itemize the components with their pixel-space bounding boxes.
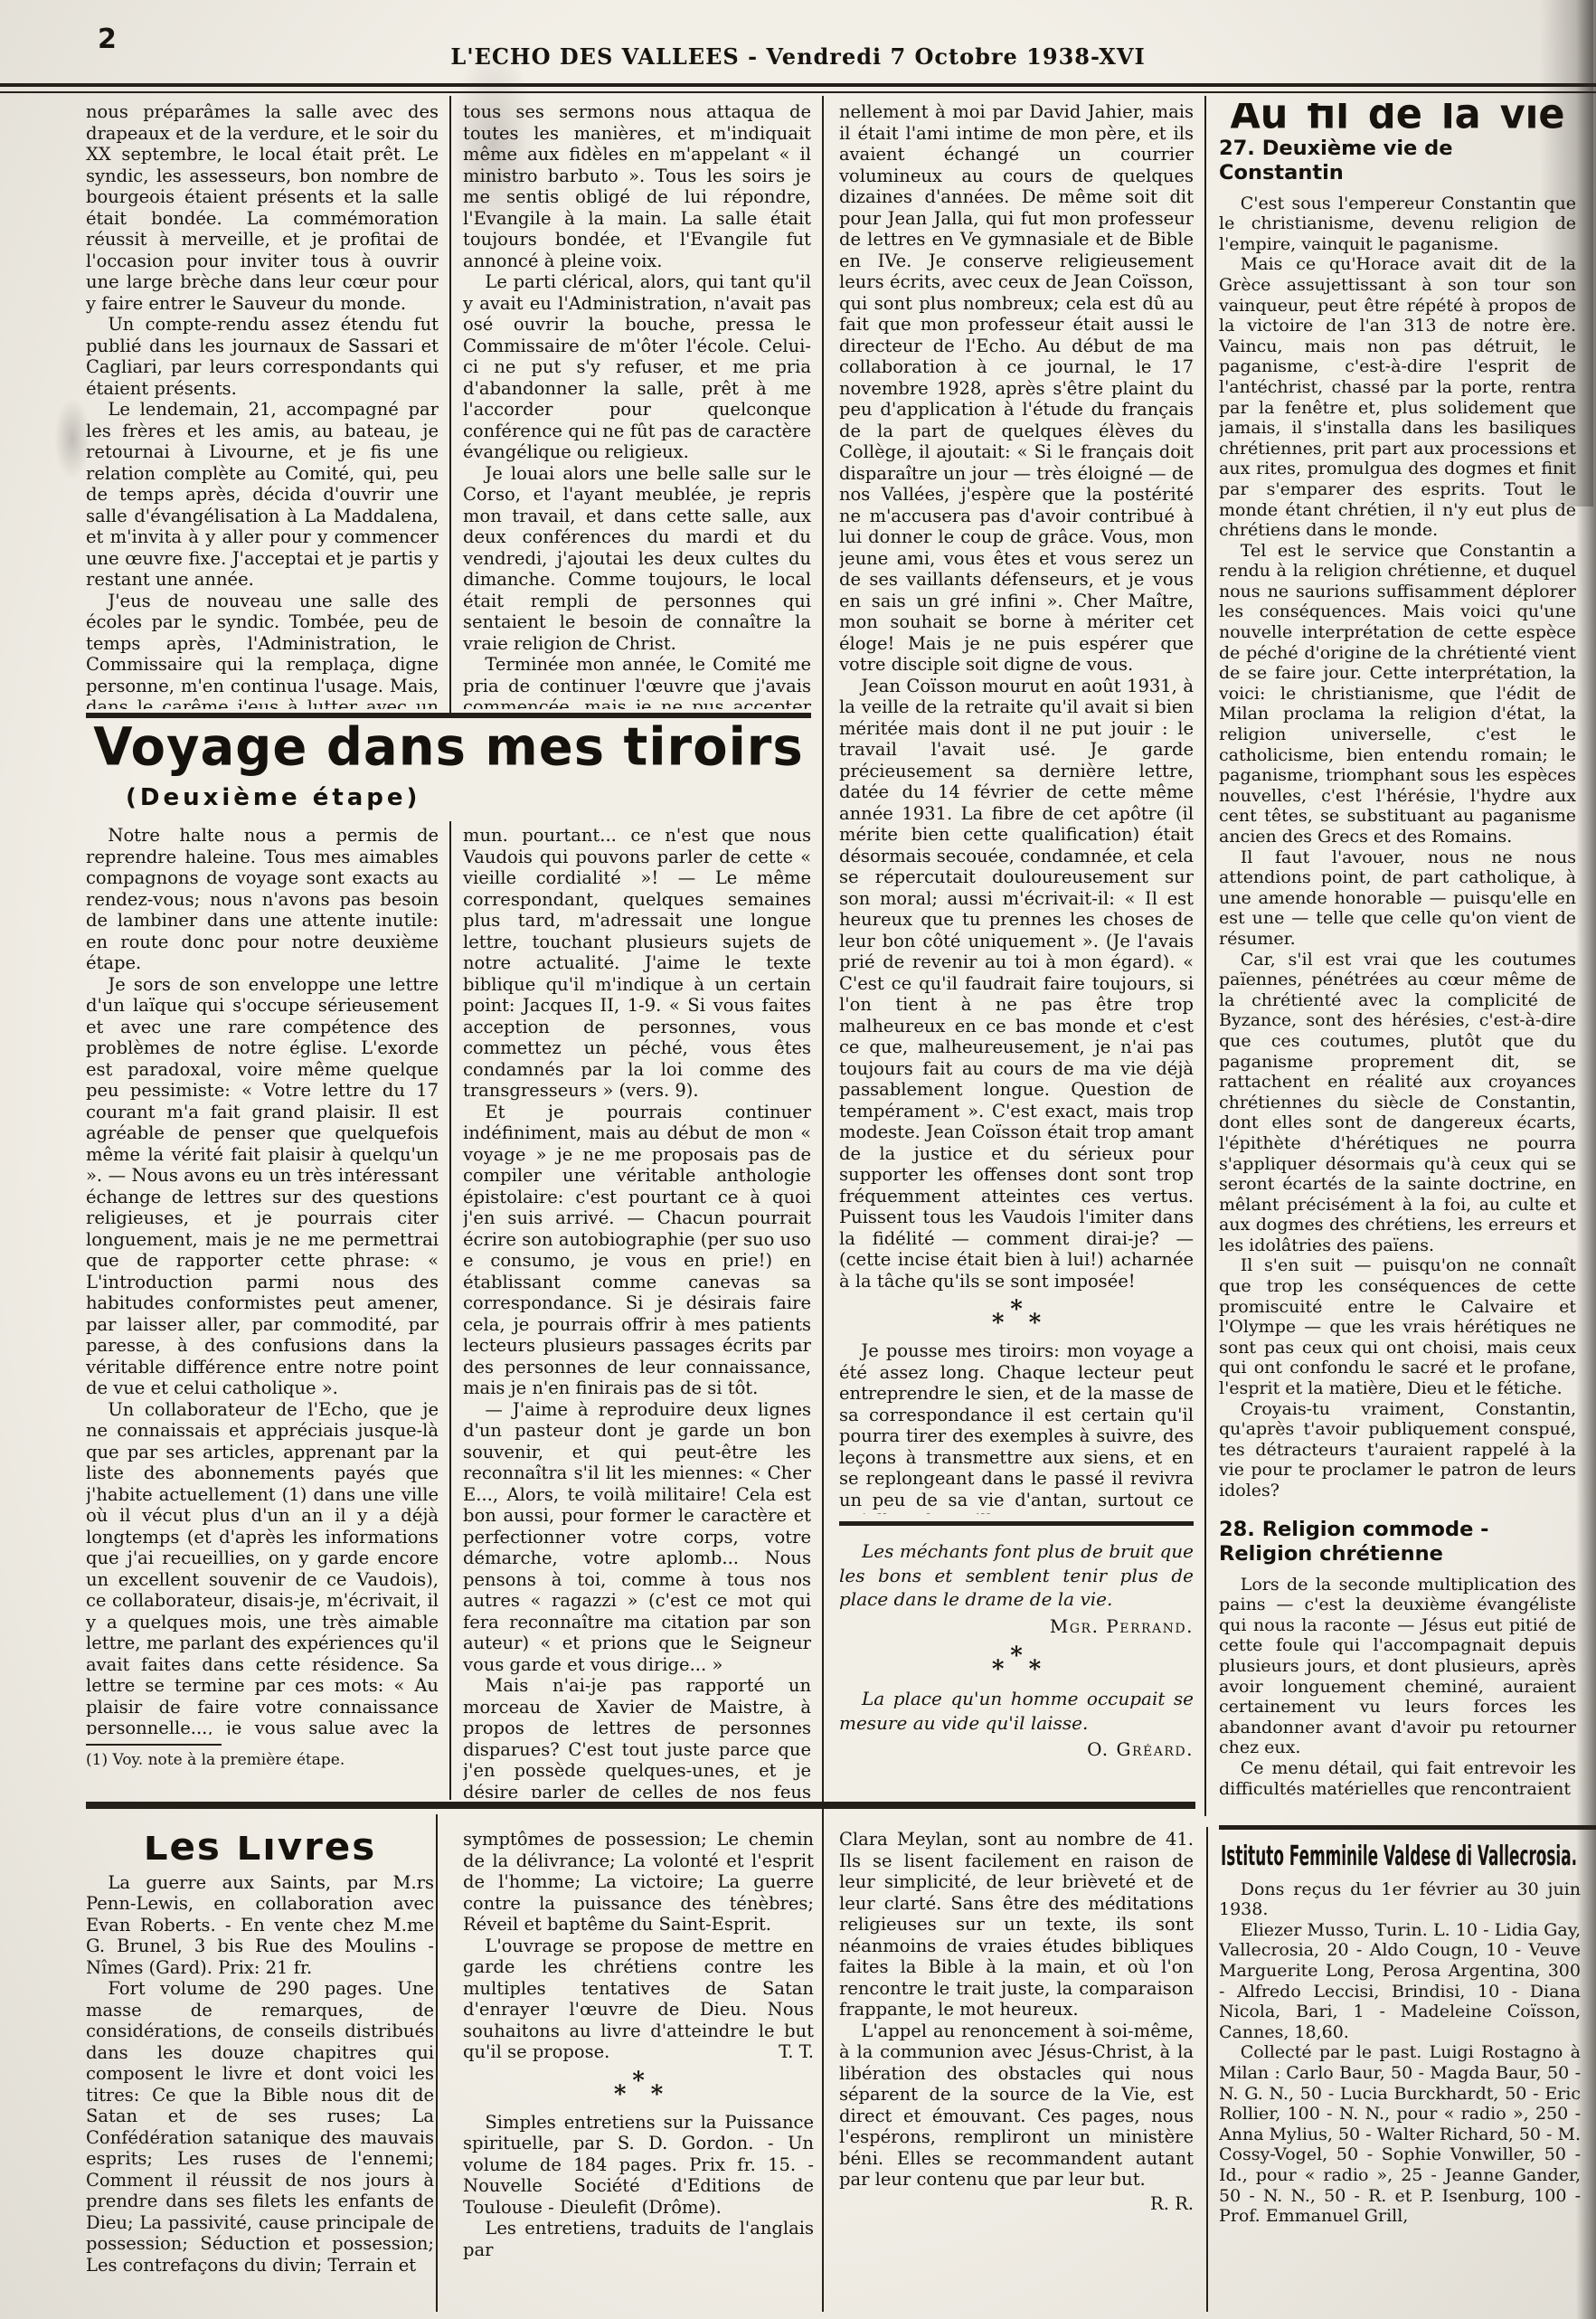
- istituto-title: Istituto Femminile Valdese di Vallecrosi…: [1221, 1841, 1577, 1872]
- review-text: Clara Meylan, sont au nombre de 41. Ils …: [839, 1829, 1194, 2191]
- quote-author: O. Gréard.: [839, 1737, 1194, 1762]
- donation-list: Eliezer Musso, Turin. L. 10 - Lidia Gay,…: [1219, 1920, 1581, 2227]
- les-livres-column-3: Clara Meylan, sont au nombre de 41. Ils …: [839, 1829, 1194, 2312]
- asterism-icon: * * *: [839, 1303, 1194, 1330]
- paragraph: nellement à moi par David Jahier, mais i…: [839, 101, 1194, 676]
- quote-text: La place qu'un homme occupait se mesure …: [839, 1687, 1194, 1735]
- paragraph: La guerre aux Saints, par M.rs Penn-Lewi…: [86, 1872, 434, 1979]
- voyage-column-1: Notre halte nous a permis de reprendre h…: [86, 825, 439, 1735]
- voyage-title: Voyage dans mes tiroirs: [86, 717, 811, 779]
- paragraph: Les entretiens, traduits de l'anglais pa…: [463, 2218, 814, 2260]
- paragraph: Mais n'ai-je pas rapporté un morceau de …: [463, 1675, 811, 1798]
- paragraph: mun. pourtant... ce n'est que nous Vaudo…: [463, 825, 811, 1102]
- istituto-subtitle: Dons reçus du 1er février au 30 juin 193…: [1219, 1879, 1581, 1920]
- review-text: symptômes de possession; Le chemin de la…: [463, 1829, 814, 2063]
- column-divider: [436, 1814, 438, 2312]
- review-text: La guerre aux Saints, par M.rs Penn-Lewi…: [86, 1872, 434, 2276]
- masthead-rule: [0, 83, 1596, 87]
- paragraph: tous ses sermons nous attaqua de toutes …: [463, 101, 811, 271]
- article-text: nellement à moi par David Jahier, mais i…: [839, 101, 1194, 1292]
- section-rule: [1219, 1825, 1596, 1830]
- paragraph: Notre halte nous a permis de reprendre h…: [86, 825, 439, 974]
- column-divider: [1204, 96, 1206, 1816]
- column-2-article-continuation: tous ses sermons nous attaqua de toutes …: [463, 101, 811, 709]
- footnote-rule: [86, 1744, 222, 1746]
- paragraph: Simples entretiens sur la Puissance spir…: [463, 2112, 814, 2219]
- quote-text: Les méchants font plus de bruit que les …: [839, 1539, 1194, 1612]
- paragraph: C'est sous l'empereur Constantin que le …: [1219, 194, 1576, 255]
- paragraph: Car, s'il est vrai que les coutumes païe…: [1219, 950, 1576, 1256]
- paragraph: Croyais-tu vraiment, Constantin, qu'aprè…: [1219, 1399, 1576, 1501]
- les-livres-title: Les Livres: [86, 1836, 434, 1858]
- column-divider: [1206, 1827, 1208, 2312]
- paragraph: Terminée mon année, le Comité me pria de…: [463, 654, 811, 709]
- paragraph: Ce menu détail, qui fait entrevoir les d…: [1219, 1758, 1576, 1799]
- voyage-column-2: mun. pourtant... ce n'est que nous Vaudo…: [463, 825, 811, 1798]
- voyage-subtitle: (Deuxième étape): [126, 784, 811, 811]
- voyage-column-3: nellement à moi par David Jahier, mais i…: [839, 101, 1194, 1514]
- section-rule: [839, 1521, 1194, 1526]
- column-divider: [449, 96, 451, 713]
- column-divider: [449, 821, 451, 1800]
- paragraph: Un compte-rendu assez étendu fut publié …: [86, 314, 439, 399]
- paragraph: Mais ce qu'Horace avait dit de la Grèce …: [1219, 254, 1576, 540]
- masthead-rule: [0, 91, 1596, 93]
- istituto-title-svg: Istituto Femminile Valdese di Vallecrosi…: [1219, 1838, 1581, 1874]
- scan-smudge: [54, 398, 90, 479]
- review-text: Simples entretiens sur la Puissance spir…: [463, 2112, 814, 2261]
- paragraph: Il s'en suit — puisqu'on ne connaît que …: [1219, 1255, 1576, 1398]
- les-livres-column-1: Les Livres La guerre aux Saints, par M.r…: [86, 1836, 434, 2312]
- voyage-headline-block: Voyage dans mes tiroirs (Deuxième étape): [86, 718, 811, 811]
- section-28-text: Lors de la seconde multiplication des pa…: [1219, 1575, 1576, 1800]
- paragraph: Clara Meylan, sont au nombre de 41. Ils …: [839, 1829, 1194, 2021]
- paragraph: Il faut l'avouer, nous ne nous attendion…: [1219, 847, 1576, 950]
- section-27-title: 27. Deuxième vie de Constantin: [1219, 137, 1576, 185]
- paragraph: Lors de la seconde multiplication des pa…: [1219, 1575, 1576, 1758]
- asterism-stars: * *: [839, 1663, 1194, 1677]
- article-text: tous ses sermons nous attaqua de toutes …: [463, 101, 811, 709]
- paragraph: nous préparâmes la salle avec des drapea…: [86, 101, 439, 314]
- asterism-stars: * *: [463, 2088, 814, 2102]
- paragraph: Le parti clérical, alors, qui tant qu'il…: [463, 271, 811, 463]
- quotes-block: Les méchants font plus de bruit que les …: [839, 1539, 1194, 1798]
- paragraph: L'appel au renoncement à soi-même, à la …: [839, 2021, 1194, 2191]
- asterism-icon: * * *: [463, 2075, 814, 2102]
- voyage-footnote: (1) Voy. note à la première étape.: [86, 1751, 439, 1769]
- asterism-icon: * * *: [839, 1650, 1194, 1677]
- paragraph: Eliezer Musso, Turin. L. 10 - Lidia Gay,…: [1219, 1920, 1581, 2043]
- section-27-text: C'est sous l'empereur Constantin que le …: [1219, 194, 1576, 1501]
- paragraph: symptômes de possession; Le chemin de la…: [463, 1829, 814, 1936]
- paragraph: Le lendemain, 21, accompagné par les frè…: [86, 399, 439, 591]
- paragraph: Collecté par le past. Luigi Rostagno à M…: [1219, 2042, 1581, 2226]
- paragraph: Jean Coïsson mourut en août 1931, à la v…: [839, 676, 1194, 1292]
- paragraph: Tel est le service que Constantin a rend…: [1219, 541, 1576, 847]
- paragraph: J'eus de nouveau une salle des écoles pa…: [86, 591, 439, 710]
- paragraph: Fort volume de 290 pages. Une masse de r…: [86, 1978, 434, 2276]
- paragraph: Je louai alors une belle salle sur le Co…: [463, 463, 811, 655]
- quote-author: Mgr. Perrand.: [839, 1614, 1194, 1639]
- les-livres-column-2: symptômes de possession; Le chemin de la…: [463, 1829, 814, 2312]
- section-rule: [86, 1802, 1195, 1809]
- paragraph: Je sors de son enveloppe une lettre d'un…: [86, 974, 439, 1399]
- masthead: L'ECHO DES VALLEES - Vendredi 7 Octobre …: [0, 43, 1596, 70]
- column-divider: [822, 96, 824, 2312]
- paragraph: Un collaborateur de l'Echo, que je ne co…: [86, 1399, 439, 1736]
- au-fil-column: Au fil de la vie 27. Deuxième vie de Con…: [1219, 103, 1576, 1816]
- column-1-article-continuation: nous préparâmes la salle avec des drapea…: [86, 101, 439, 709]
- paragraph: Et je pourrais continuer indéfiniment, m…: [463, 1102, 811, 1399]
- section-28-title: 28. Religion commode - Religion chrétien…: [1219, 1518, 1576, 1567]
- asterism-stars: * *: [839, 1317, 1194, 1330]
- istituto-column: Istituto Femminile Valdese di Vallecrosi…: [1219, 1838, 1581, 2312]
- au-fil-title: Au fil de la vie: [1219, 104, 1576, 126]
- closing-paragraph: Je pousse mes tiroirs: mon voyage a été …: [839, 1340, 1194, 1514]
- review-signature: R. R.: [839, 2193, 1194, 2215]
- newspaper-page: 2 L'ECHO DES VALLEES - Vendredi 7 Octobr…: [0, 0, 1596, 2319]
- paragraph: — J'aime à reproduire deux lignes d'un p…: [463, 1399, 811, 1676]
